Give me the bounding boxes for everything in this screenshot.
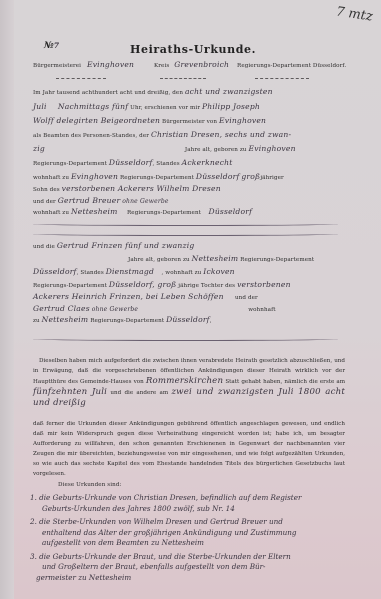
- form-line-9: und der Gertrud Breuer ohne Gewerbe: [33, 197, 169, 206]
- form-line-17: zu Nettesheim Regierungs-Departement Düs…: [33, 316, 212, 325]
- form-line-16: Gertrud Claes ohne Gewerbewohnhaft: [33, 305, 276, 314]
- form-line-14: Regierungs-Departement Düsseldorf, groß …: [33, 281, 291, 290]
- corner-annotation: 7 mtz: [335, 6, 373, 24]
- divider: [160, 78, 206, 79]
- form-line-12: Jahre alt, geboren zu Nettesheim Regieru…: [128, 255, 314, 264]
- form-line-5: zigJahre alt, geboren zu Evinghoven: [33, 145, 296, 154]
- form-line-6: Regierungs-Departement Düsseldorf, Stand…: [33, 159, 232, 168]
- paragraph-legal-text: daß ferner die Urkunden dieser Ankündigu…: [33, 419, 345, 479]
- divider: [56, 78, 106, 79]
- document-entry: Geburts-Urkunden des Jahres 1800 zwölf, …: [30, 502, 350, 516]
- form-line-10: wohnhaft zu Nettesheim Regierungs-Depart…: [33, 208, 252, 217]
- form-line-15: Ackerers Heinrich Frinzen, bei Leben Sch…: [33, 293, 258, 302]
- certificate-number: №7: [44, 41, 59, 51]
- kreis-value: Grevenbroich: [174, 60, 229, 69]
- documents-list: 1. die Geburts-Urkunde von Christian Dre…: [30, 491, 350, 584]
- form-line-1: Im Jahr tausend achthundert acht und dre…: [33, 88, 273, 97]
- document-title: Heiraths-Urkunde.: [130, 43, 256, 56]
- form-line-8: Sohn des verstorbenen Ackerers Wilhelm D…: [33, 185, 221, 194]
- buergermeisterei-value: Evinghoven: [87, 60, 134, 69]
- form-line-11: und die Gertrud Frinzen fünf und zwanzig: [33, 242, 194, 251]
- blank-line: [33, 232, 338, 236]
- marriage-certificate-page: 7 mtz №7 Heiraths-Urkunde. Bürgermeister…: [0, 0, 381, 599]
- form-line-13: Düsseldorf, Standes Dienstmagd , wohnhaf…: [33, 268, 235, 277]
- divider: [255, 78, 309, 79]
- documents-label: Diese Urkunden sind:: [58, 481, 122, 489]
- paragraph-announcements: Dieselben haben mich aufgefordert die zw…: [33, 356, 345, 409]
- page-edge-shadow: [0, 0, 14, 599]
- form-line-2: Juli Nachmittags fünf Uhr, erschienen vo…: [33, 103, 260, 112]
- blank-line: [33, 337, 338, 341]
- blank-line: [33, 222, 338, 226]
- form-line-3: Wolff delegirten Beigeordneten Bürgermei…: [33, 117, 266, 126]
- document-entry: aufgestellt von dem Beamten zu Netteshei…: [30, 536, 350, 550]
- form-line-7: wohnhaft zu Evinghoven Regierungs-Depart…: [33, 173, 284, 182]
- header-line: Bürgermeisterei Evinghoven Kreis Grevenb…: [33, 61, 346, 70]
- form-line-4: als Beamten des Personen-Standes, der Ch…: [33, 131, 291, 140]
